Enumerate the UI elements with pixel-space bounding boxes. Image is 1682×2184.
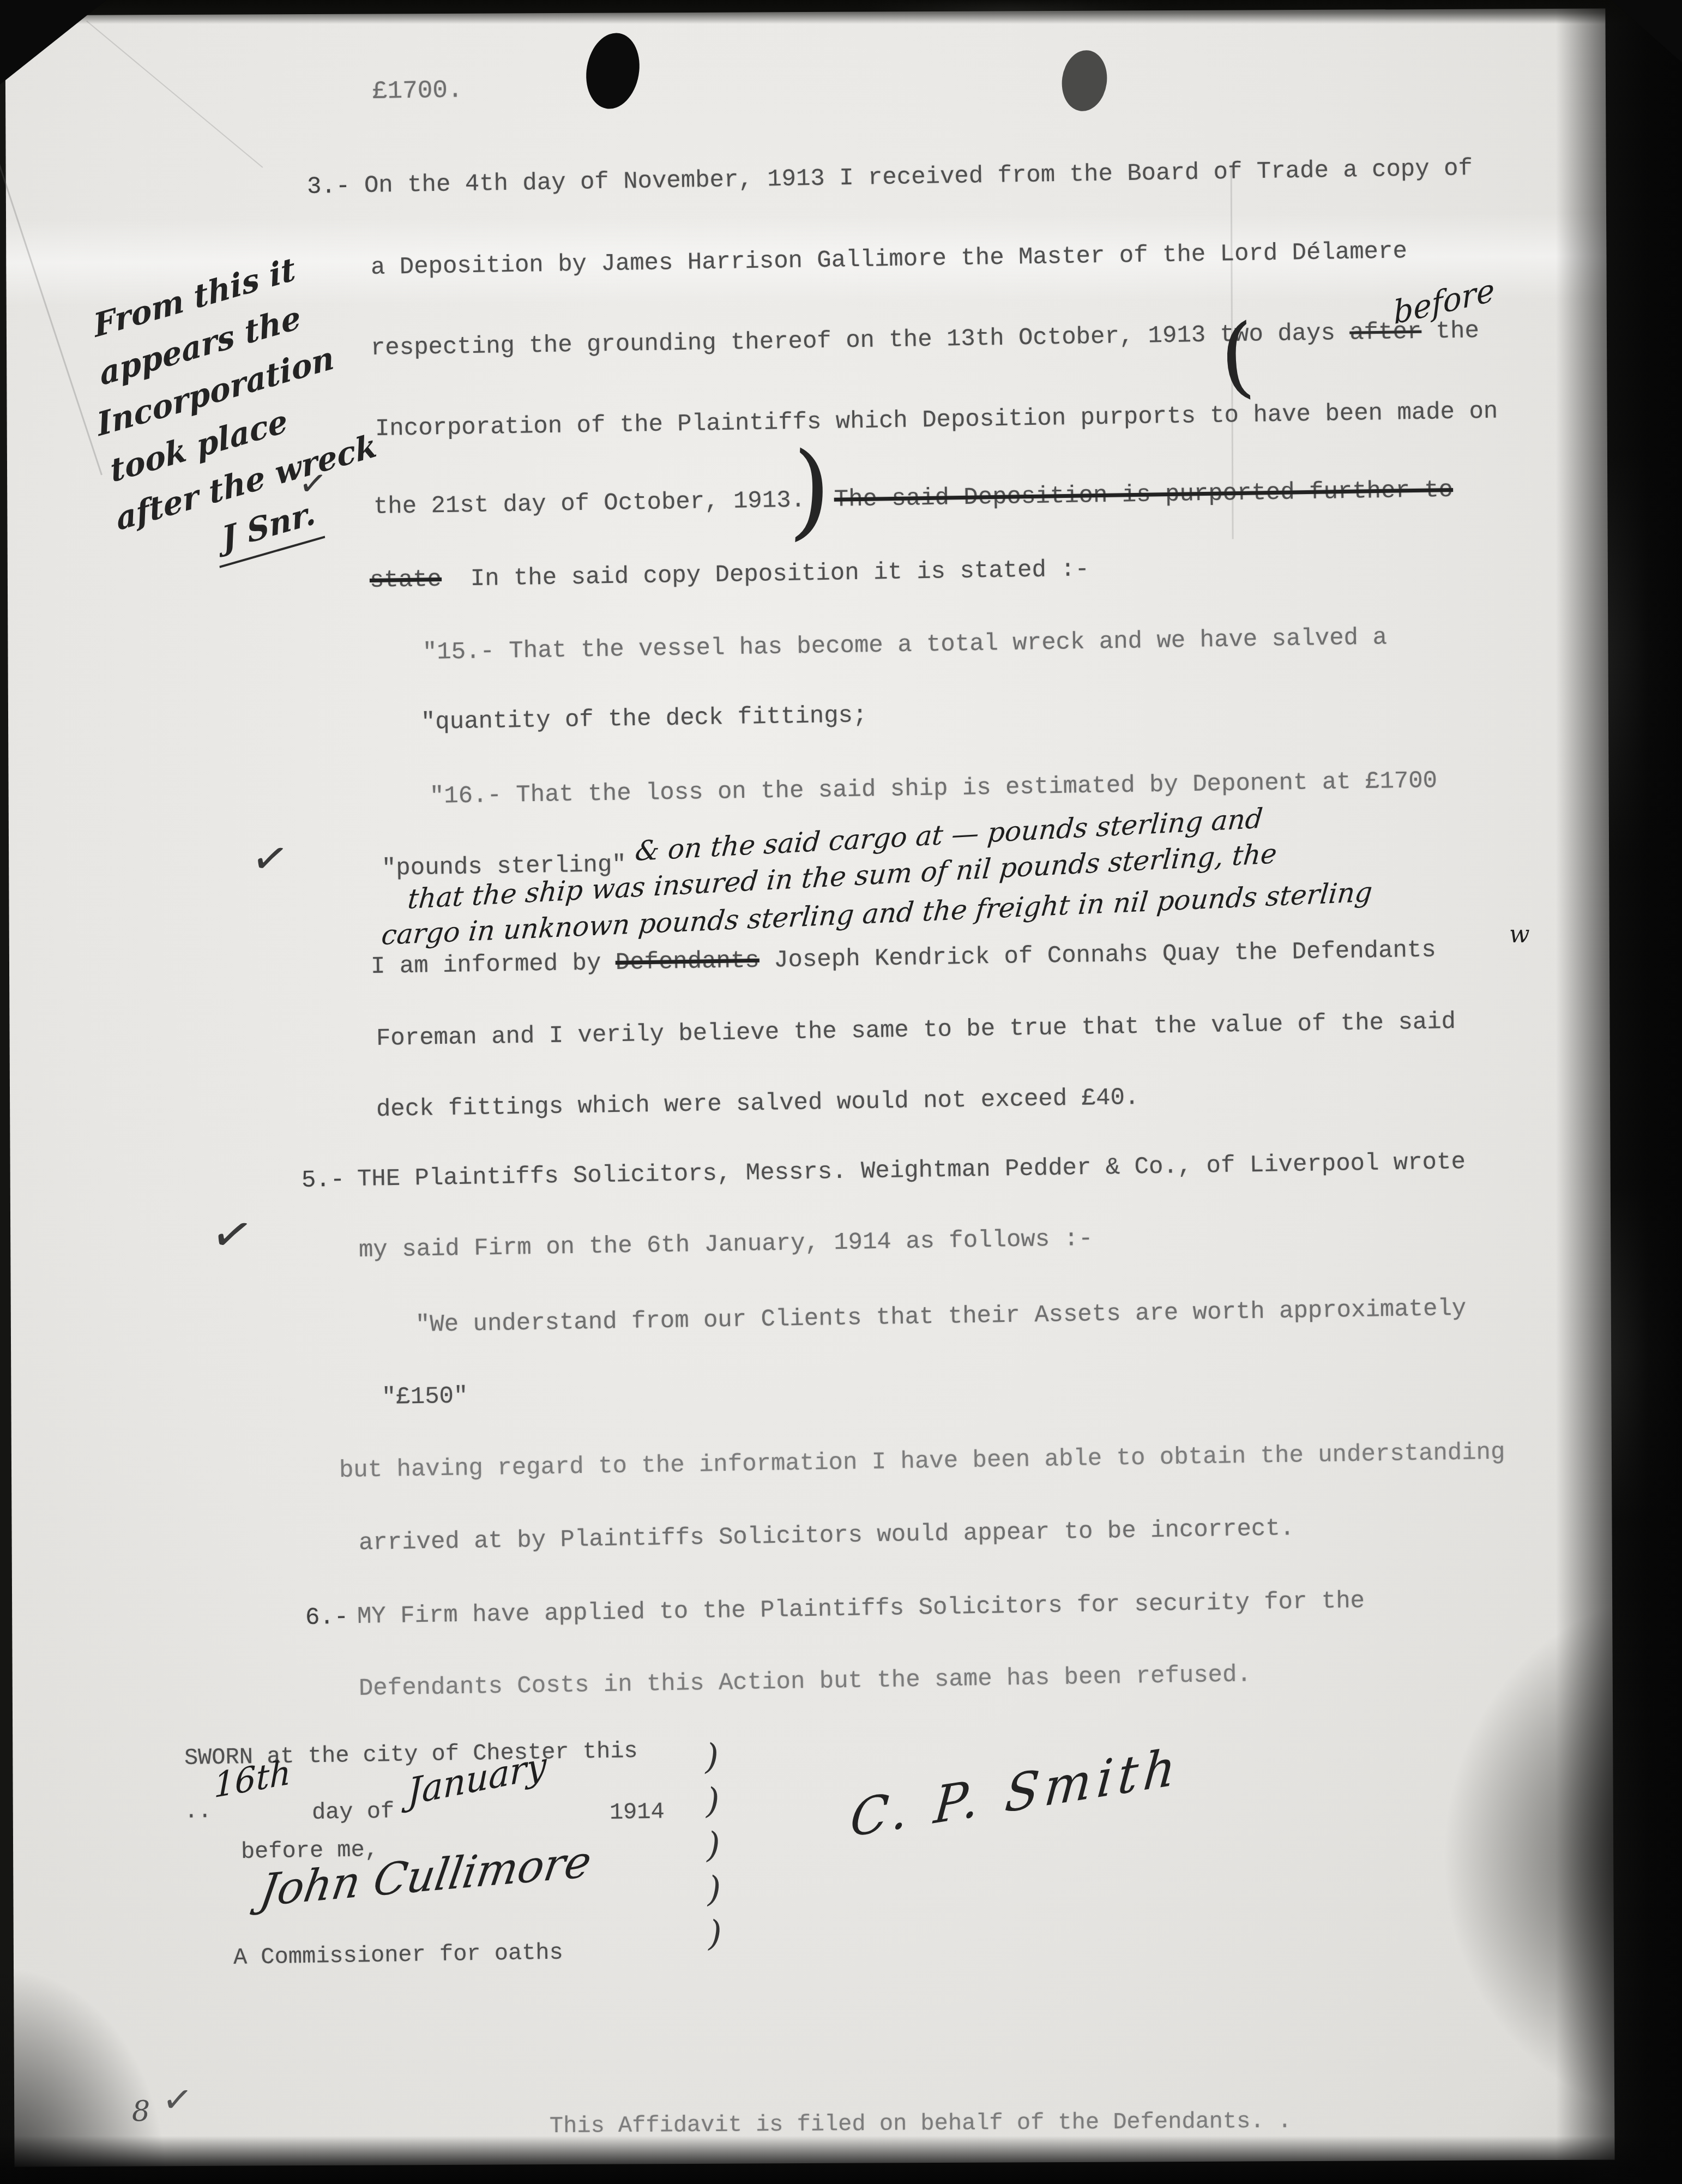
jurat-dots: ..: [184, 1798, 212, 1825]
check-mark-icon: ✓: [297, 462, 329, 504]
handwritten-open-paren: (: [1217, 304, 1257, 408]
paragraph-number: 3.-: [307, 173, 351, 201]
scanned-affidavit-page: £1700. From this it appears the Incorpor…: [0, 0, 1682, 2184]
page-number-mark: 8: [132, 2095, 150, 2128]
jurat-year: 1914: [610, 1798, 665, 1826]
flourish-mark: w: [1509, 920, 1530, 948]
footer-line: This Affidavit is filed on behalf of the…: [550, 2108, 1292, 2139]
paragraph-number: 5.-: [302, 1166, 345, 1194]
typed-line: "£150": [382, 1383, 468, 1411]
fold-crease: [0, 81, 103, 476]
check-mark-icon: ✓: [160, 2077, 195, 2122]
jurat-line: A Commissioner for oaths: [233, 1940, 564, 1971]
fold-crease: [86, 21, 263, 168]
struck-word: Defendants: [615, 947, 759, 977]
scan-corner: [1611, 0, 1682, 63]
amount-note: £1700.: [372, 76, 463, 106]
struck-word: state: [370, 566, 442, 594]
jurat-line: day of: [312, 1798, 395, 1826]
paragraph-number: 6.-: [305, 1604, 349, 1632]
